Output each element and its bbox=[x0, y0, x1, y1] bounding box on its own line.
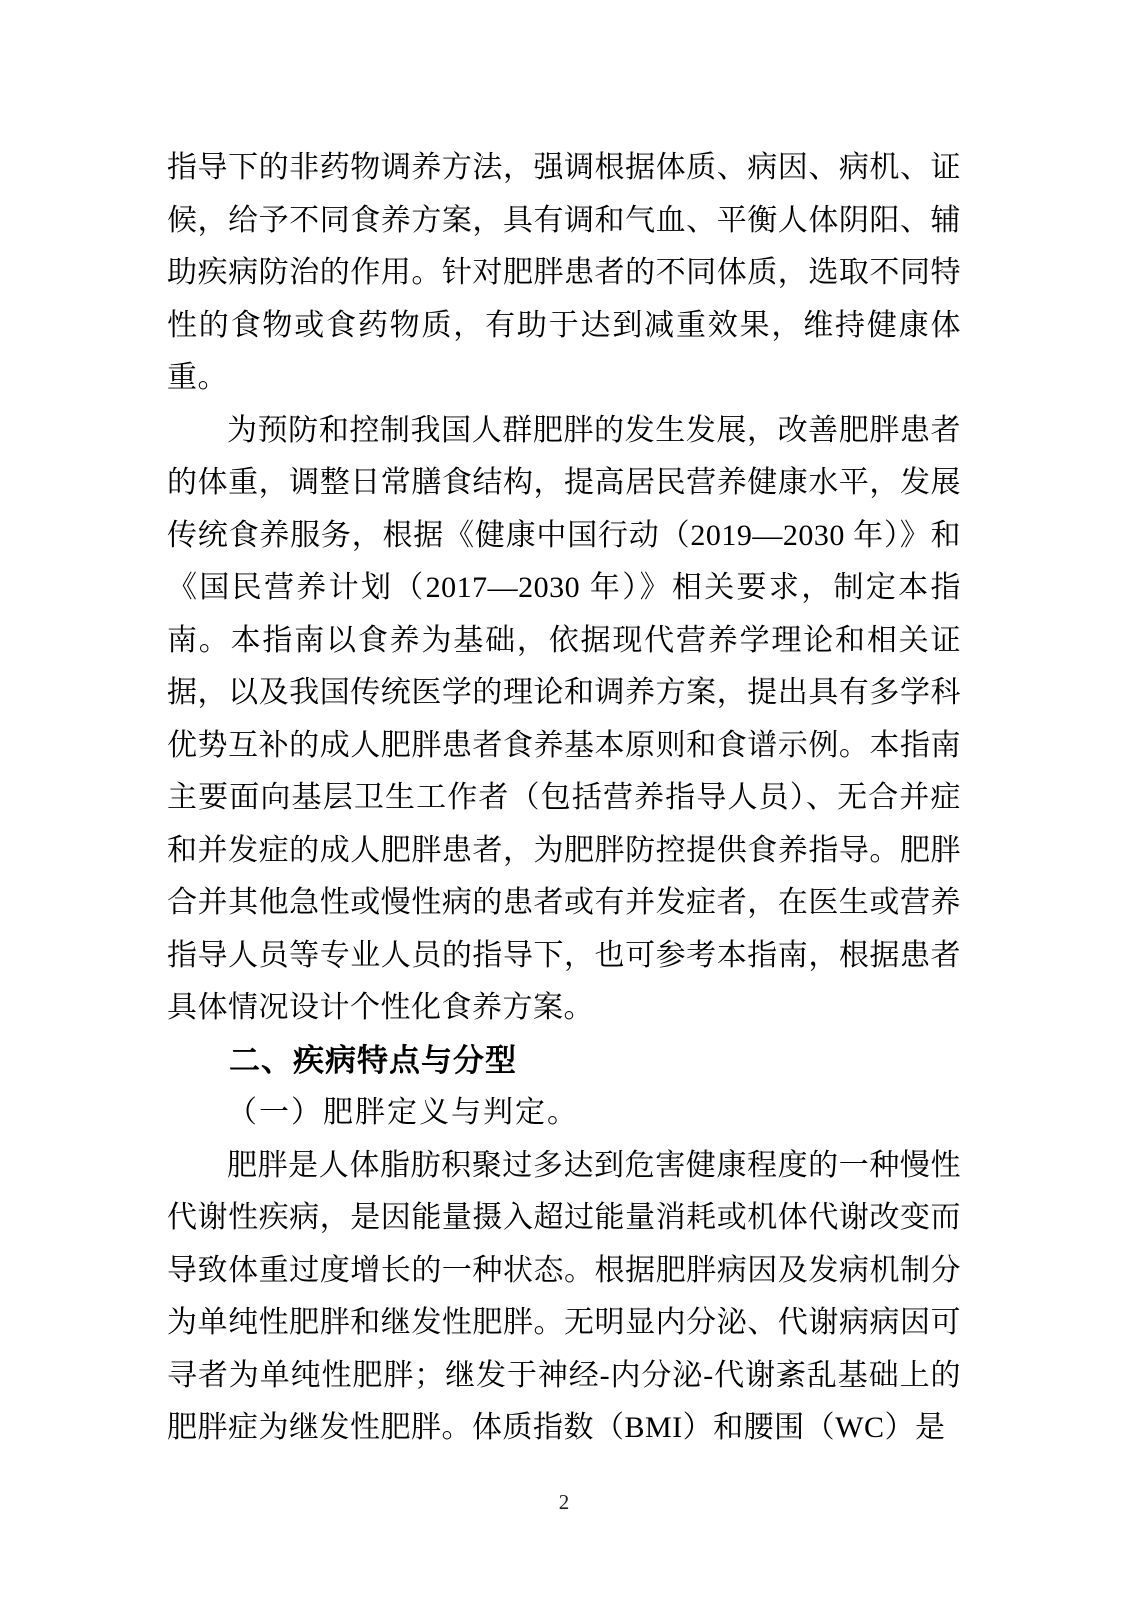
document-page: 指导下的非药物调养方法，强调根据体质、病因、病机、证候，给予不同食养方案，具有调… bbox=[0, 0, 1131, 1600]
section-heading: 二、疾病特点与分型 bbox=[167, 1035, 961, 1088]
subsection-heading: （一）肥胖定义与判定。 bbox=[167, 1087, 961, 1140]
body-paragraph: 肥胖是人体脂肪积聚过多达到危害健康程度的一种慢性代谢性疾病，是因能量摄入超过能量… bbox=[167, 1140, 961, 1455]
body-paragraph: 为预防和控制我国人群肥胖的发生发展，改善肥胖患者的体重，调整日常膳食结构，提高居… bbox=[167, 405, 961, 1035]
body-paragraph-continuation: 指导下的非药物调养方法，强调根据体质、病因、病机、证候，给予不同食养方案，具有调… bbox=[167, 142, 961, 405]
page-number: 2 bbox=[167, 1487, 961, 1517]
